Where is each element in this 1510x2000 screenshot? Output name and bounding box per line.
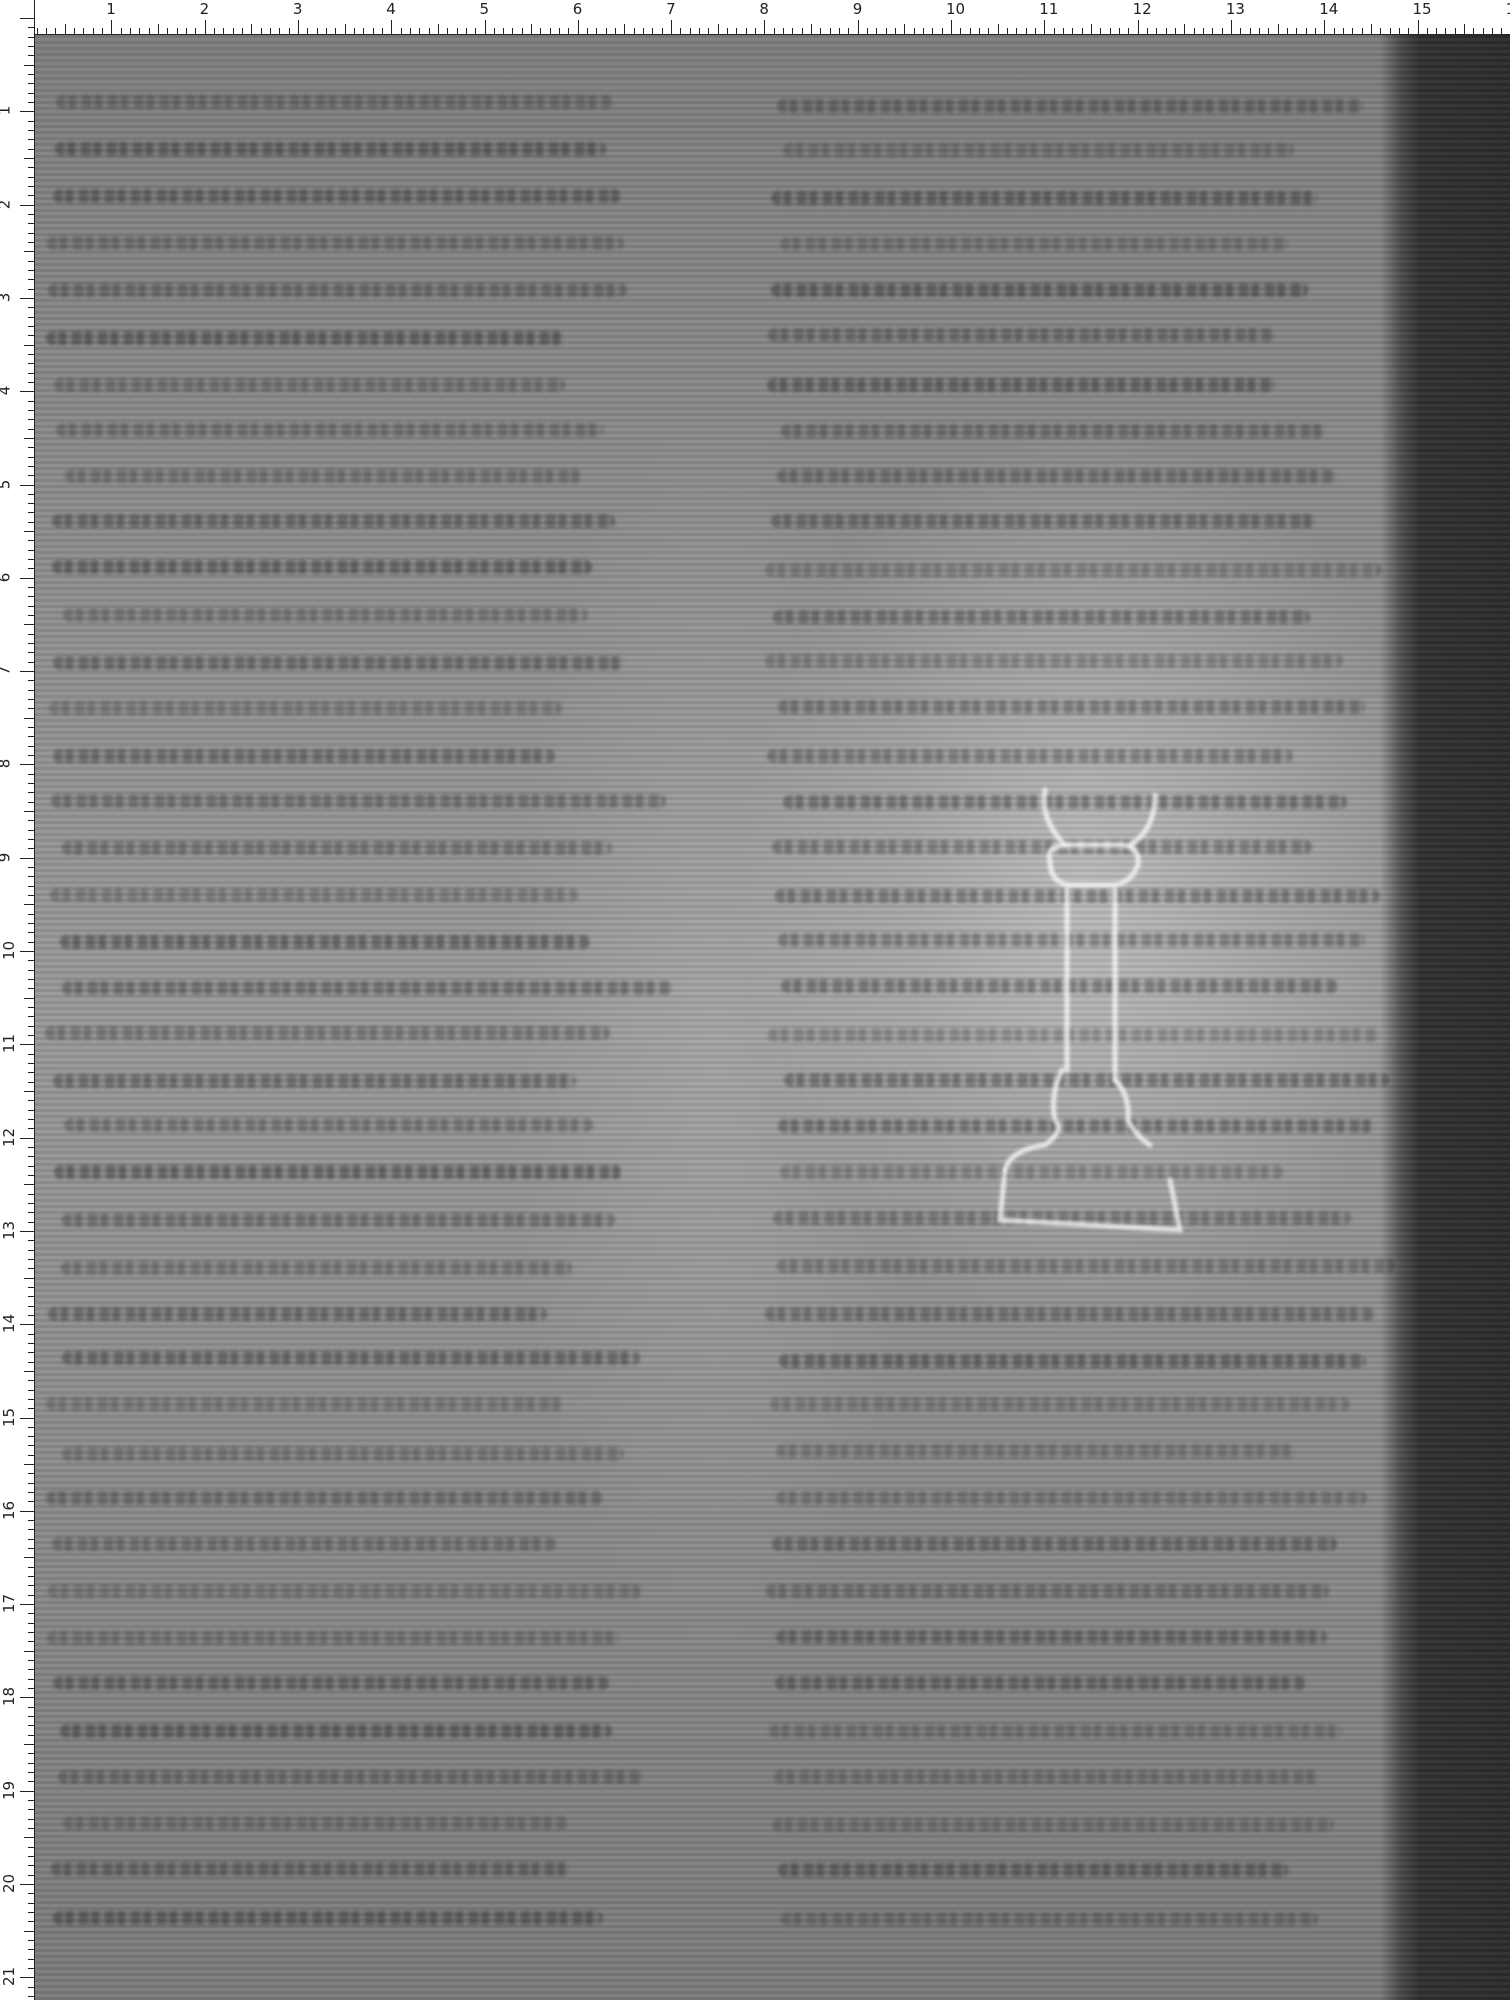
- ruler-tick: [167, 28, 168, 34]
- ruler-tick: [28, 895, 34, 896]
- ruler-tick: [28, 1445, 34, 1446]
- ruler-tick: [652, 28, 653, 34]
- manuscript-text-line: [779, 1354, 1366, 1368]
- ruler-tick: [28, 1613, 34, 1614]
- ruler-tick: [28, 1893, 34, 1894]
- ruler-tick: [28, 634, 34, 635]
- ruler-left-label: 5: [0, 479, 12, 489]
- ruler-tick: [28, 1595, 34, 1596]
- ruler-tick: [1222, 28, 1223, 34]
- manuscript-text-line: [765, 654, 1342, 668]
- ruler-tick: [20, 1418, 34, 1419]
- ruler-tick: [568, 28, 569, 34]
- manuscript-text-line: [54, 1165, 623, 1179]
- manuscript-text-line: [56, 95, 613, 109]
- manuscript-text-line: [772, 1818, 1334, 1832]
- ruler-tick: [28, 1390, 34, 1391]
- ruler-tick: [28, 876, 34, 877]
- ruler-tick: [830, 28, 831, 34]
- ruler-tick: [1212, 28, 1213, 34]
- ruler-tick: [28, 970, 34, 971]
- ruler-tick: [774, 28, 775, 34]
- ruler-tick: [28, 223, 34, 224]
- ruler-tick: [28, 1250, 34, 1251]
- ruler-tick: [111, 20, 112, 34]
- ruler-tick: [802, 28, 803, 34]
- ruler-tick: [28, 1585, 34, 1586]
- ruler-tick: [20, 1791, 34, 1792]
- ruler-tick: [1352, 28, 1353, 34]
- ruler-tick: [28, 1940, 34, 1941]
- manuscript-text-line: [47, 236, 625, 250]
- ruler-tick: [1138, 20, 1139, 34]
- ruler-tick: [24, 1744, 34, 1745]
- ruler-tick: [28, 503, 34, 504]
- ruler-tick: [1501, 28, 1502, 34]
- ruler-tick: [699, 28, 700, 34]
- ruler-tick: [587, 28, 588, 34]
- ruler-tick: [28, 1501, 34, 1502]
- manuscript-text-line: [47, 1631, 620, 1645]
- ruler-tick: [28, 1856, 34, 1857]
- candlestick-watermark: [970, 750, 1230, 1290]
- ruler-tick: [1240, 28, 1241, 34]
- ruler-tick: [24, 1837, 34, 1838]
- ruler-tick: [1418, 20, 1419, 34]
- ruler-left-label: 19: [2, 1781, 17, 1800]
- ruler-tick: [1063, 28, 1064, 34]
- ruler-tick: [28, 690, 34, 691]
- ruler-tick: [28, 475, 34, 476]
- ruler-tick: [24, 1091, 34, 1092]
- ruler-tick: [531, 24, 532, 34]
- ruler-tick: [1203, 28, 1204, 34]
- ruler-tick: [20, 764, 34, 765]
- ruler-tick: [718, 24, 719, 34]
- ruler-tick: [1082, 28, 1083, 34]
- ruler-tick: [28, 979, 34, 980]
- ruler-tick: [223, 28, 224, 34]
- ruler-tick: [540, 28, 541, 34]
- ruler-tick: [28, 1026, 34, 1027]
- ruler-tick: [28, 1222, 34, 1223]
- ruler-tick: [102, 28, 103, 34]
- ruler-tick: [20, 18, 34, 19]
- ruler-tick: [1324, 20, 1325, 34]
- manuscript-text-line: [50, 888, 579, 902]
- ruler-top-label: 6: [573, 2, 583, 17]
- ruler-tick: [20, 1604, 34, 1605]
- ruler-tick: [24, 998, 34, 999]
- manuscript-text-line: [777, 99, 1363, 113]
- ruler-tick: [1194, 28, 1195, 34]
- ruler-tick: [559, 28, 560, 34]
- ruler-tick: [28, 373, 34, 374]
- ruler-tick: [28, 1315, 34, 1316]
- ruler-tick: [20, 1324, 34, 1325]
- manuscript-text-line: [776, 1444, 1296, 1458]
- ruler-left-label: 3: [0, 293, 12, 303]
- ruler-tick: [24, 1651, 34, 1652]
- ruler-tick: [811, 24, 812, 34]
- ruler-tick: [550, 28, 551, 34]
- ruler-tick: [904, 24, 905, 34]
- ruler-tick: [46, 28, 47, 34]
- ruler-left-label: 7: [0, 666, 12, 676]
- manuscript-text-line: [781, 424, 1326, 438]
- manuscript-text-line: [767, 378, 1275, 392]
- ruler-tick: [1259, 28, 1260, 34]
- ruler-tick: [28, 214, 34, 215]
- ruler-tick: [28, 93, 34, 94]
- ruler-tick: [28, 792, 34, 793]
- ruler-tick: [28, 1100, 34, 1101]
- ruler-tick: [20, 858, 34, 859]
- manuscript-text-line: [48, 283, 627, 297]
- ruler-tick: [429, 28, 430, 34]
- ruler-tick: [28, 74, 34, 75]
- ruler-left-label: 21: [2, 1967, 17, 1986]
- ruler-tick: [28, 1828, 34, 1829]
- ruler-tick: [28, 1921, 34, 1922]
- ruler-tick: [28, 1772, 34, 1773]
- ruler-tick: [326, 28, 327, 34]
- ruler-tick: [28, 1035, 34, 1036]
- ruler-tick: [158, 24, 159, 34]
- ruler-tick: [28, 1632, 34, 1633]
- ruler-tick: [988, 28, 989, 34]
- ruler-left-label: 2: [0, 199, 12, 209]
- ruler-tick: [1483, 28, 1484, 34]
- ruler-tick: [28, 419, 34, 420]
- ruler-left-label: 16: [2, 1501, 17, 1520]
- ruler-tick: [279, 28, 280, 34]
- ruler-tick: [28, 55, 34, 56]
- ruler-tick: [28, 1473, 34, 1474]
- ruler-tick: [28, 37, 34, 38]
- ruler-tick: [1306, 28, 1307, 34]
- ruler-tick: [998, 24, 999, 34]
- ruler-tick: [1390, 28, 1391, 34]
- ruler-tick: [298, 20, 299, 34]
- ruler-tick: [28, 988, 34, 989]
- ruler-tick: [512, 28, 513, 34]
- ruler-tick: [20, 485, 34, 486]
- ruler-tick: [28, 1287, 34, 1288]
- ruler-tick: [28, 1847, 34, 1848]
- ruler-tick: [28, 1119, 34, 1120]
- ruler-tick: [522, 28, 523, 34]
- ruler-tick: [28, 1268, 34, 1269]
- ruler-tick: [28, 1800, 34, 1801]
- ruler-tick: [28, 1334, 34, 1335]
- ruler-top-label: 7: [666, 2, 676, 17]
- ruler-tick: [83, 28, 84, 34]
- ruler-top-label: 5: [480, 2, 490, 17]
- manuscript-text-line: [765, 1307, 1375, 1321]
- ruler-tick: [28, 755, 34, 756]
- ruler-tick: [28, 1716, 34, 1717]
- ruler-tick: [20, 1231, 34, 1232]
- ruler-top-label: 4: [386, 2, 396, 17]
- ruler-left-label: 12: [2, 1128, 17, 1147]
- ruler-tick: [28, 1548, 34, 1549]
- ruler-tick: [624, 24, 625, 34]
- ruler-tick: [28, 736, 34, 737]
- ruler-tick: [28, 382, 34, 383]
- manuscript-text-line: [62, 841, 612, 855]
- ruler-tick: [20, 1044, 34, 1045]
- ruler-tick: [28, 46, 34, 47]
- manuscript-text-line: [46, 1397, 563, 1411]
- manuscript-text-line: [780, 237, 1288, 251]
- ruler-tick: [28, 1996, 34, 1997]
- ruler-left-label: 18: [2, 1687, 17, 1706]
- ruler-tick: [1278, 24, 1279, 34]
- ruler-tick: [24, 1184, 34, 1185]
- ruler-left-label: 10: [2, 941, 17, 960]
- ruler-tick: [28, 1520, 34, 1521]
- ruler-tick: [20, 671, 34, 672]
- ruler-tick: [1296, 28, 1297, 34]
- ruler-tick: [615, 28, 616, 34]
- manuscript-text-line: [781, 1912, 1318, 1926]
- ruler-tick: [28, 401, 34, 402]
- ruler-tick: [28, 1082, 34, 1083]
- ruler-tick: [28, 130, 34, 131]
- ruler-tick: [1035, 28, 1036, 34]
- ruler-left-label: 8: [0, 759, 12, 769]
- ruler-tick: [671, 20, 672, 34]
- ruler-tick: [28, 335, 34, 336]
- ruler-tick: [1287, 28, 1288, 34]
- ruler-tick: [28, 102, 34, 103]
- ruler-tick: [307, 28, 308, 34]
- ruler-tick: [149, 28, 150, 34]
- manuscript-text-line: [52, 514, 616, 528]
- ruler-tick: [28, 1753, 34, 1754]
- ruler-tick: [28, 960, 34, 961]
- ruler-tick: [401, 28, 402, 34]
- ruler-tick: [270, 28, 271, 34]
- manuscript-text-line: [770, 1397, 1350, 1411]
- ruler-tick: [1091, 24, 1092, 34]
- ruler-tick: [130, 28, 131, 34]
- manuscript-text-line: [783, 143, 1294, 157]
- ruler-tick: [28, 177, 34, 178]
- manuscript-text-line: [52, 560, 592, 574]
- ruler-tick: [65, 24, 66, 34]
- ruler-tick: [1054, 28, 1055, 34]
- ruler-tick: [74, 28, 75, 34]
- ruler-tick: [28, 1128, 34, 1129]
- ruler-tick: [923, 28, 924, 34]
- ruler-tick: [24, 718, 34, 719]
- ruler-tick: [1231, 20, 1232, 34]
- manuscript-text-line: [58, 1770, 643, 1784]
- manuscript-text-line: [777, 469, 1336, 483]
- ruler-tick: [28, 923, 34, 924]
- manuscript-text-line: [60, 1724, 612, 1738]
- ruler-top-label: 15: [1413, 2, 1432, 17]
- ruler-tick: [55, 28, 56, 34]
- ruler-tick: [24, 1931, 34, 1932]
- ruler-tick: [28, 680, 34, 681]
- ruler-tick: [792, 28, 793, 34]
- ruler-tick: [410, 28, 411, 34]
- manuscript-text-line: [776, 1491, 1368, 1505]
- ruler-tick: [28, 1949, 34, 1950]
- ruler-tick: [28, 1436, 34, 1437]
- manuscript-text-line: [768, 328, 1275, 342]
- manuscript-text-line: [778, 700, 1366, 714]
- manuscript-text-line: [53, 1676, 608, 1690]
- ruler-tick: [28, 932, 34, 933]
- ruler-tick: [1399, 28, 1400, 34]
- ruler-left-label: 20: [2, 1874, 17, 1893]
- manuscript-text-line: [48, 1584, 642, 1598]
- ruler-tick: [848, 28, 849, 34]
- ruler-left-label: 15: [2, 1407, 17, 1426]
- manuscript-text-line: [778, 1863, 1288, 1877]
- ruler-tick: [1343, 28, 1344, 34]
- ruler-tick: [28, 1362, 34, 1363]
- ruler-tick: [24, 531, 34, 532]
- manuscript-text-line: [775, 1676, 1306, 1690]
- ruler-tick: [1026, 28, 1027, 34]
- manuscript-text-line: [49, 701, 562, 715]
- ruler-tick: [28, 540, 34, 541]
- ruler-tick: [932, 28, 933, 34]
- ruler-tick: [28, 149, 34, 150]
- ruler-tick: [28, 802, 34, 803]
- ruler-tick: [24, 1371, 34, 1372]
- ruler-tick: [1473, 28, 1474, 34]
- ruler-tick: [20, 1884, 34, 1885]
- ruler-tick: [28, 774, 34, 775]
- ruler-top-label: 14: [1319, 2, 1338, 17]
- ruler-top-label: 8: [759, 2, 769, 17]
- ruler-tick: [28, 1567, 34, 1568]
- manuscript-text-line: [772, 1537, 1337, 1551]
- ruler-tick: [680, 28, 681, 34]
- manuscript-text-line: [63, 1816, 569, 1830]
- manuscript-text-line: [771, 514, 1316, 528]
- ruler-tick: [578, 20, 579, 34]
- ruler-tick: [24, 1557, 34, 1558]
- ruler-tick: [1007, 28, 1008, 34]
- ruler-tick: [28, 494, 34, 495]
- ruler-tick: [28, 886, 34, 887]
- ruler-tick: [121, 28, 122, 34]
- ruler-tick: [28, 429, 34, 430]
- ruler-tick: [876, 28, 877, 34]
- ruler-tick: [1184, 24, 1185, 34]
- ruler-tick: [28, 1072, 34, 1073]
- ruler-tick: [28, 363, 34, 364]
- ruler-tick: [28, 708, 34, 709]
- ruler-tick: [28, 699, 34, 700]
- ruler-tick: [391, 20, 392, 34]
- ruler-top-label: 13: [1226, 2, 1245, 17]
- ruler-left-label: 11: [2, 1034, 17, 1053]
- ruler-tick: [28, 587, 34, 588]
- manuscript-text-line: [54, 378, 565, 392]
- ruler-tick: [457, 28, 458, 34]
- ruler-tick: [755, 28, 756, 34]
- ruler-tick: [28, 1660, 34, 1661]
- ruler-tick: [28, 139, 34, 140]
- ruler-tick: [1464, 24, 1465, 34]
- ruler-tick: [28, 121, 34, 122]
- ruler-tick: [736, 28, 737, 34]
- ruler-tick: [195, 28, 196, 34]
- ruler-tick: [28, 1781, 34, 1782]
- manuscript-text-line: [48, 1307, 547, 1321]
- manuscript-text-line: [56, 423, 604, 437]
- ruler-tick: [28, 326, 34, 327]
- ruler-tick: [979, 28, 980, 34]
- ruler-tick: [24, 345, 34, 346]
- ruler-top-label: 3: [293, 2, 303, 17]
- ruler-tick: [1371, 24, 1372, 34]
- ruler-tick: [28, 270, 34, 271]
- ruler-tick: [28, 1156, 34, 1157]
- ruler-tick: [24, 904, 34, 905]
- ruler-tick: [28, 615, 34, 616]
- ruler-tick: [28, 1054, 34, 1055]
- manuscript-text-line: [60, 935, 590, 949]
- ruler-tick: [466, 28, 467, 34]
- ruler-tick: [28, 1408, 34, 1409]
- ruler-tick: [28, 354, 34, 355]
- ruler-tick: [28, 550, 34, 551]
- ruler-tick: [28, 167, 34, 168]
- ruler-tick: [1147, 28, 1148, 34]
- ruler-tick: [28, 1492, 34, 1493]
- ruler-tick: [28, 830, 34, 831]
- ruler-tick: [28, 1194, 34, 1195]
- manuscript-text-line: [766, 1584, 1328, 1598]
- ruler-tick: [28, 643, 34, 644]
- ruler-tick: [20, 1697, 34, 1698]
- ruler-tick: [28, 289, 34, 290]
- ruler-tick: [28, 559, 34, 560]
- manuscript-scan: [35, 35, 1510, 2000]
- ruler-tick: [28, 186, 34, 187]
- ruler-tick: [28, 410, 34, 411]
- ruler-tick: [1119, 28, 1120, 34]
- ruler-tick: [28, 307, 34, 308]
- ruler-tick: [28, 1007, 34, 1008]
- ruler-tick: [28, 1539, 34, 1540]
- ruler-tick: [28, 662, 34, 663]
- manuscript-text-line: [65, 469, 582, 483]
- ruler-top-label: 9: [853, 2, 863, 17]
- ruler-tick: [28, 1166, 34, 1167]
- ruler-tick: [886, 28, 887, 34]
- ruler-tick: [494, 28, 495, 34]
- ruler-tick: [93, 28, 94, 34]
- ruler-tick: [28, 1380, 34, 1381]
- manuscript-text-line: [773, 610, 1311, 624]
- ruler-tick: [28, 317, 34, 318]
- ruler-top-label: 11: [1039, 2, 1058, 17]
- ruler-tick: [20, 1138, 34, 1139]
- ruler-tick: [186, 28, 187, 34]
- ruler-tick: [1445, 28, 1446, 34]
- ruler-tick: [28, 1679, 34, 1680]
